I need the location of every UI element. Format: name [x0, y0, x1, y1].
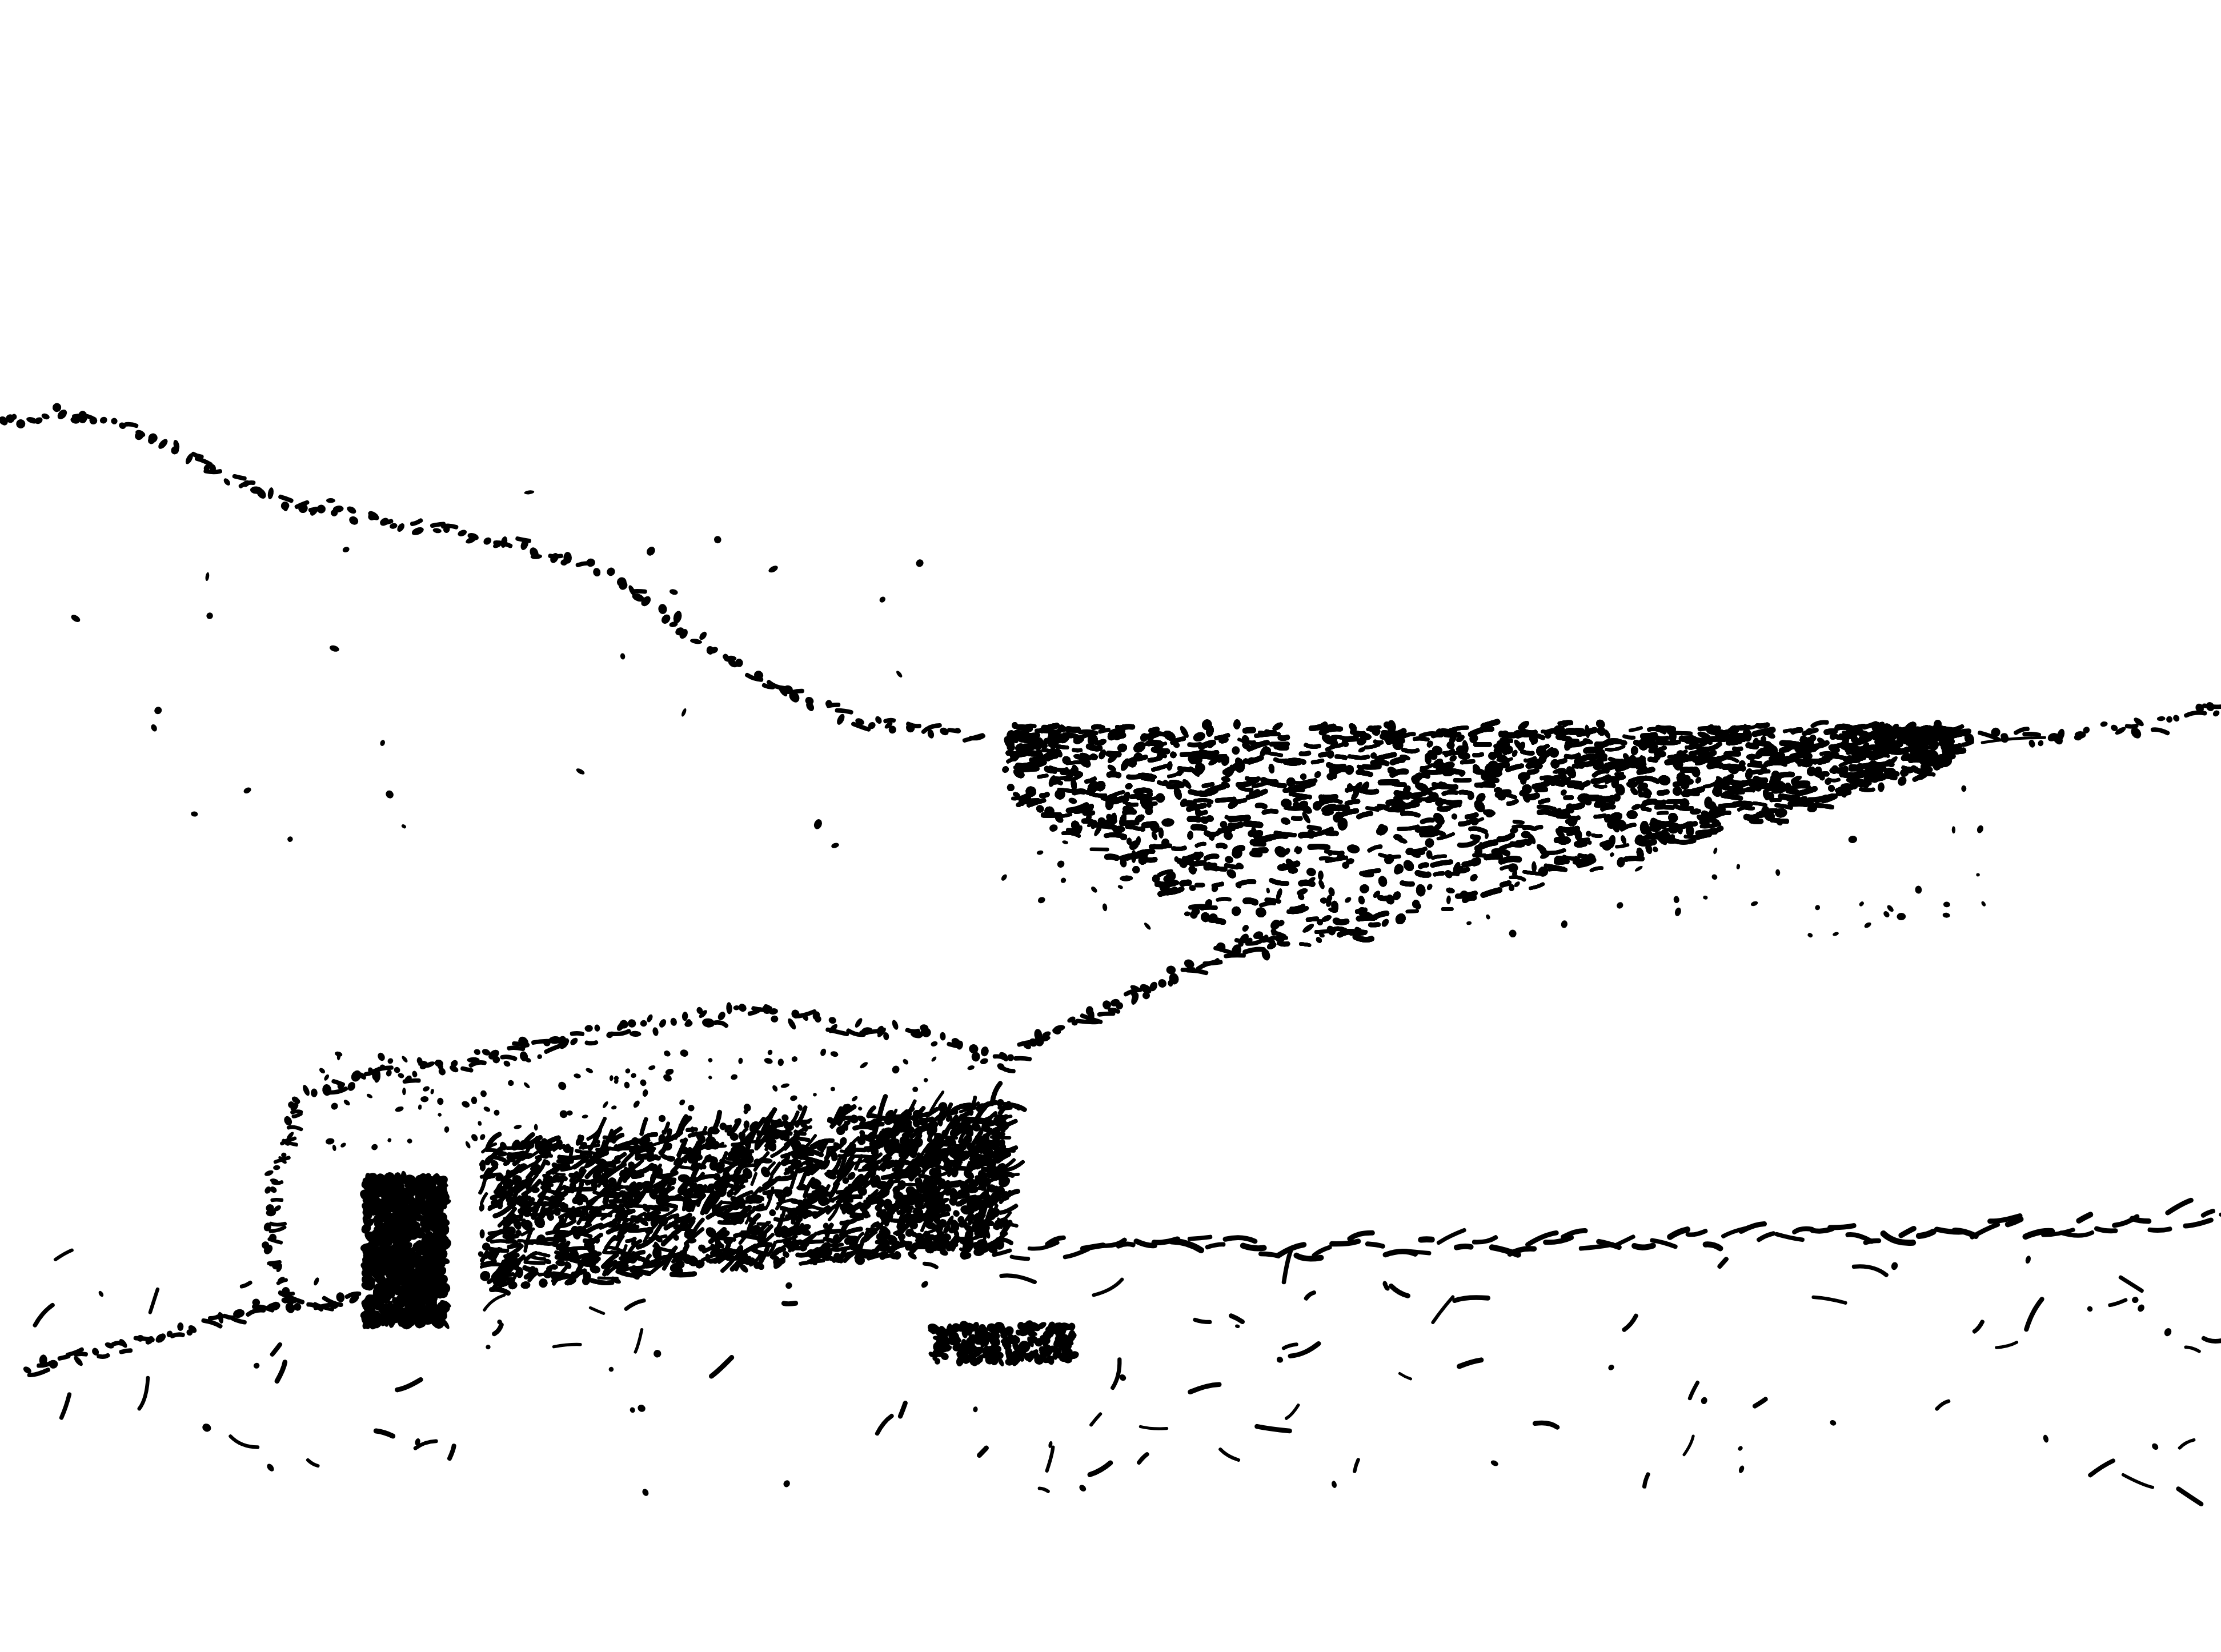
landscape-drawing	[0, 0, 2221, 1652]
